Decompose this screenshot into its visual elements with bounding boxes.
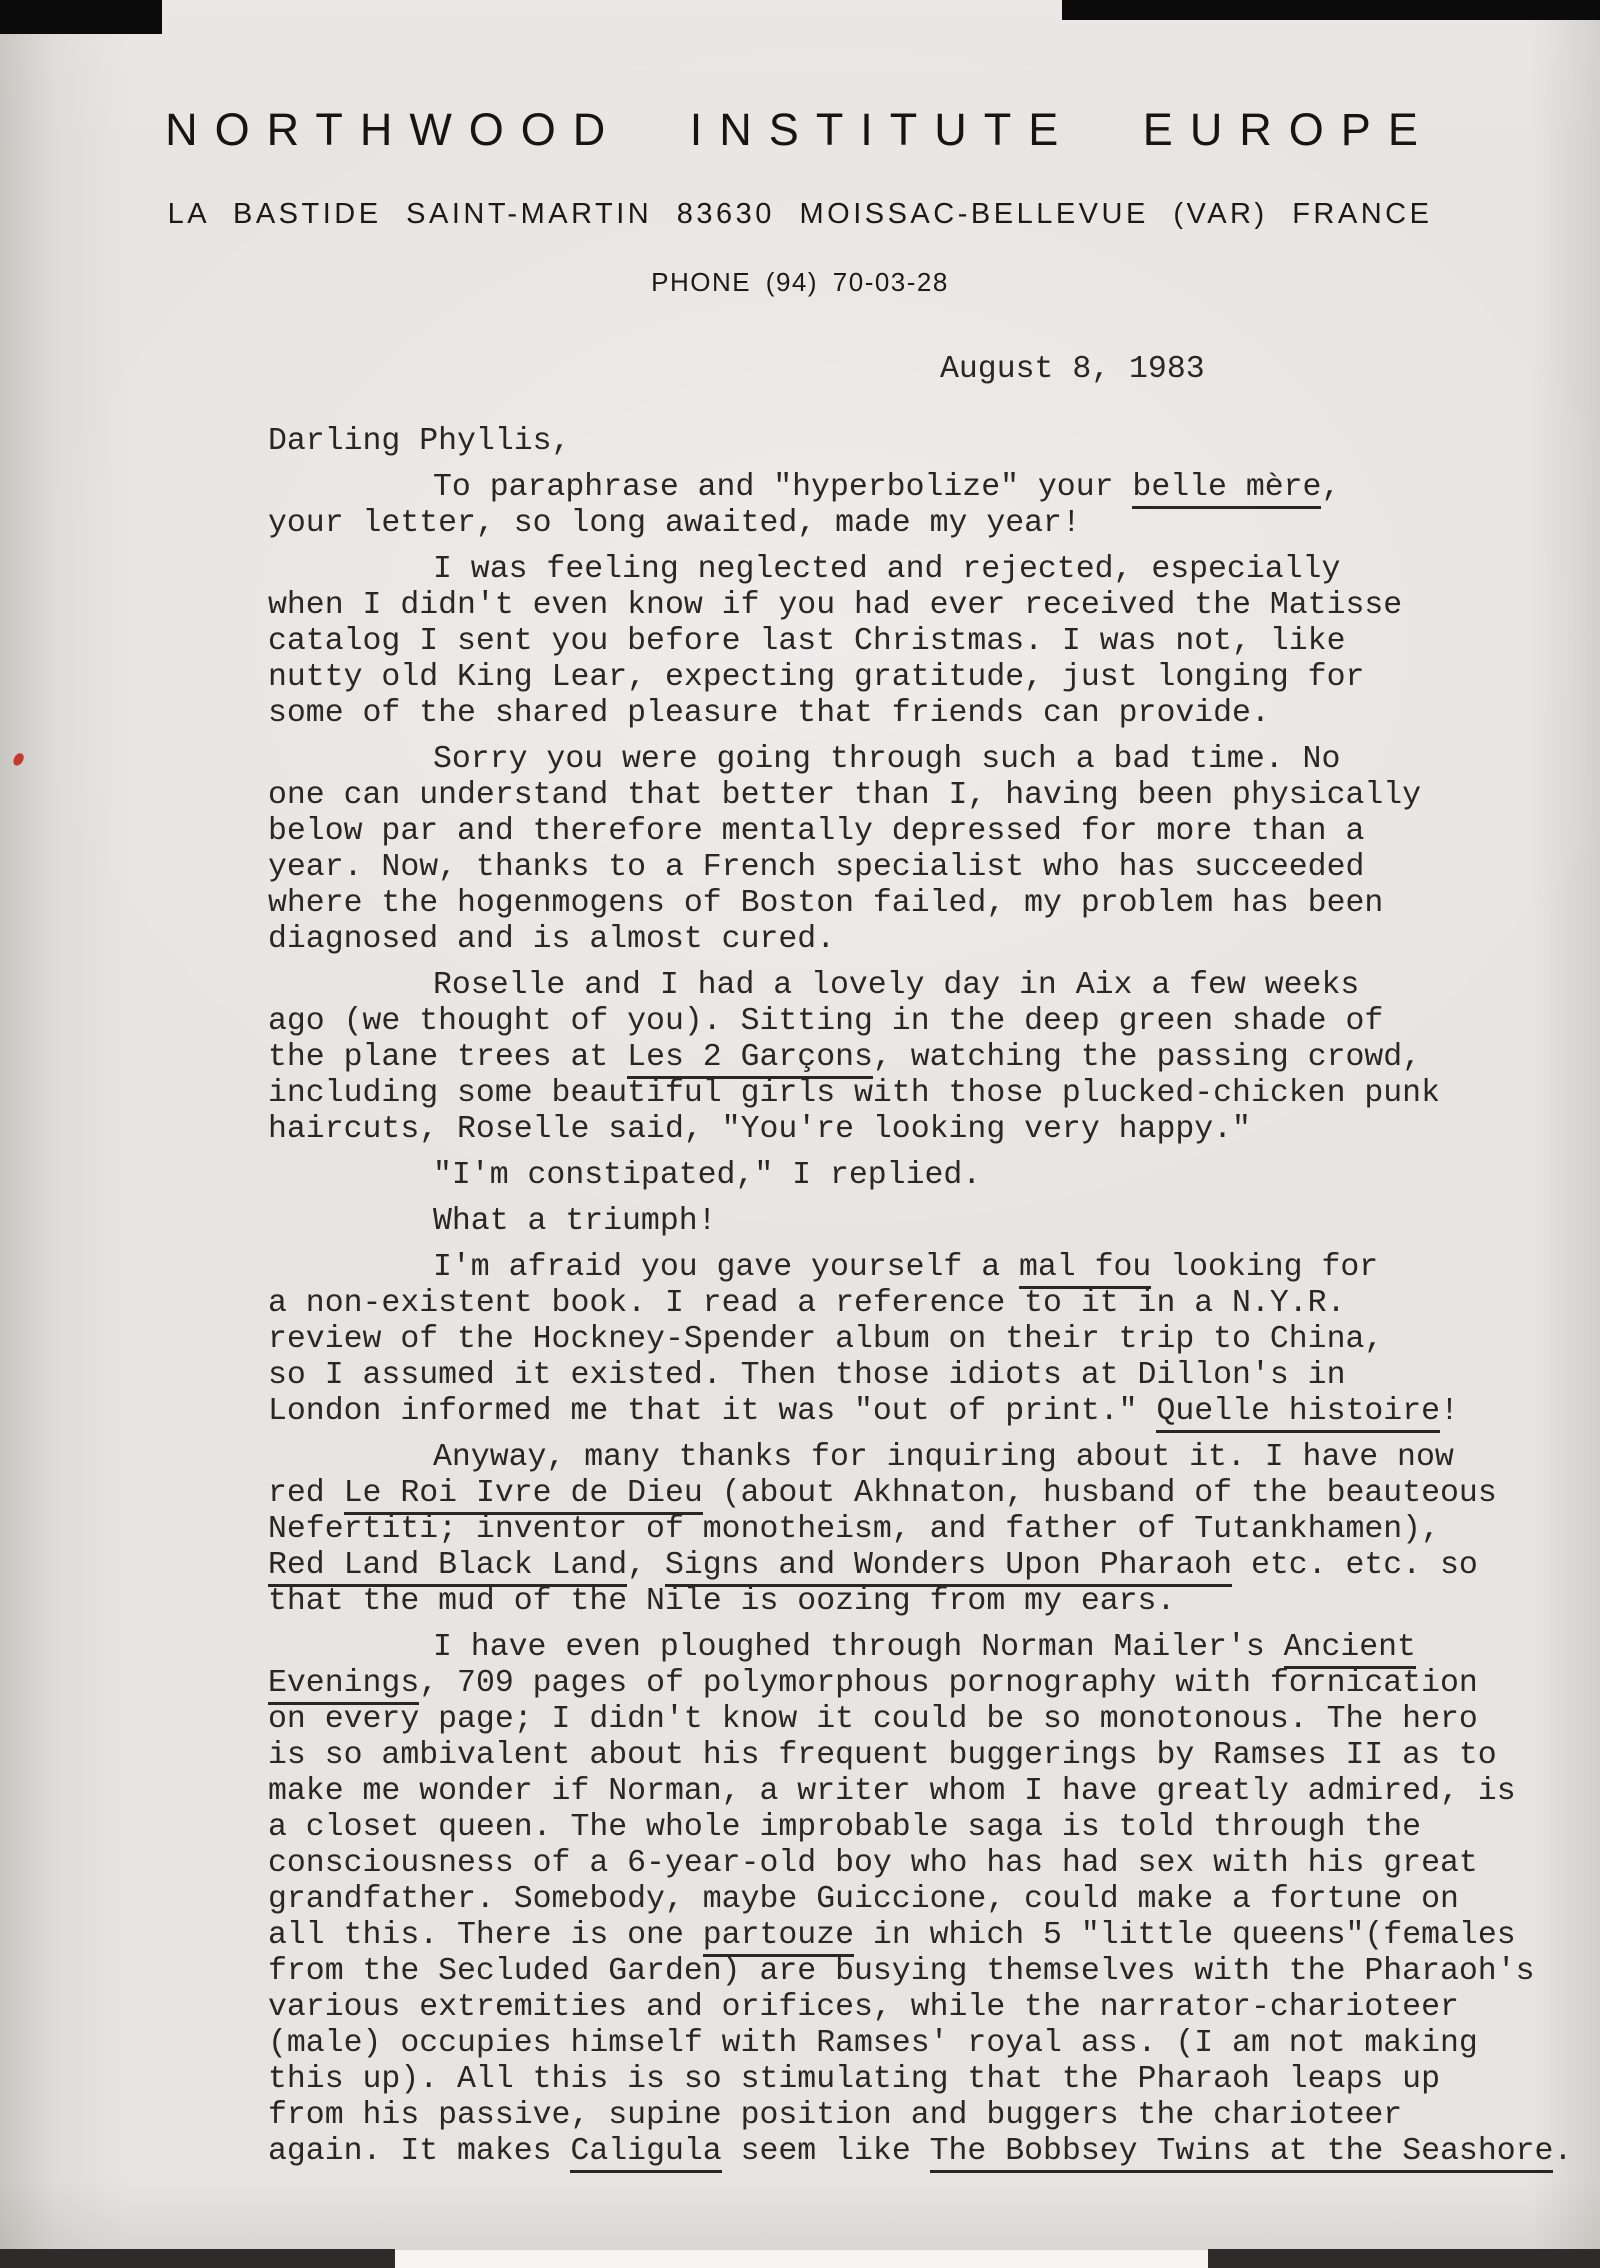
letter-line: including some beautiful girls with thos…	[268, 1076, 1600, 1112]
scanned-letter-page: NORTHWOOD INSTITUTE EUROPE LA BASTIDE SA…	[0, 0, 1600, 2268]
letter-line: when I didn't even know if you had ever …	[268, 588, 1600, 624]
scan-edge-bottom-right	[1208, 2249, 1600, 2268]
letter-line: make me wonder if Norman, a writer whom …	[268, 1774, 1600, 1810]
paragraph: Anyway, many thanks for inquiring about …	[268, 1440, 1600, 1620]
scan-edge-top-right	[1062, 0, 1600, 20]
letter-line: your letter, so long awaited, made my ye…	[268, 506, 1600, 542]
paragraph: Roselle and I had a lovely day in Aix a …	[268, 968, 1600, 1148]
letter-line: grandfather. Somebody, maybe Guiccione, …	[268, 1882, 1600, 1918]
letter-line: catalog I sent you before last Christmas…	[268, 624, 1600, 660]
letter-line: on every page; I didn't know it could be…	[268, 1702, 1600, 1738]
paragraph: I have even ploughed through Norman Mail…	[268, 1630, 1600, 2170]
letter-line: I was feeling neglected and rejected, es…	[268, 552, 1600, 588]
letter-line: haircuts, Roselle said, "You're looking …	[268, 1112, 1600, 1148]
letterhead-organization: NORTHWOOD INSTITUTE EUROPE	[0, 104, 1600, 156]
letter-line: "I'm constipated," I replied.	[268, 1158, 1600, 1194]
letter-line: from his passive, supine position and bu…	[268, 2098, 1600, 2134]
letter-line: all this. There is one partouze in which…	[268, 1918, 1600, 1954]
letter-body: Darling Phyllis, To paraphrase and "hype…	[268, 424, 1600, 2170]
letter-line: the plane trees at Les 2 Garçons, watchi…	[268, 1040, 1600, 1076]
letter-line: I'm afraid you gave yourself a mal fou l…	[268, 1250, 1600, 1286]
letter-line: Roselle and I had a lovely day in Aix a …	[268, 968, 1600, 1004]
scan-edge-top-left	[0, 0, 162, 34]
paragraph: I'm afraid you gave yourself a mal fou l…	[268, 1250, 1600, 1430]
letter-line: so I assumed it existed. Then those idio…	[268, 1358, 1600, 1394]
paragraph: "I'm constipated," I replied.	[268, 1158, 1600, 1194]
letter-line: one can understand that better than I, h…	[268, 778, 1600, 814]
letter-date: August 8, 1983	[940, 352, 1205, 388]
letter-line: I have even ploughed through Norman Mail…	[268, 1630, 1600, 1666]
salutation: Darling Phyllis,	[268, 424, 1600, 460]
letter-line: some of the shared pleasure that friends…	[268, 696, 1600, 732]
letter-line: red Le Roi Ivre de Dieu (about Akhnaton,…	[268, 1476, 1600, 1512]
letter-line: year. Now, thanks to a French specialist…	[268, 850, 1600, 886]
letter-line: from the Secluded Garden) are busying th…	[268, 1954, 1600, 1990]
letter-line: where the hogenmogens of Boston failed, …	[268, 886, 1600, 922]
letter-line: Red Land Black Land, Signs and Wonders U…	[268, 1548, 1600, 1584]
letter-line: Anyway, many thanks for inquiring about …	[268, 1440, 1600, 1476]
letter-line: nutty old King Lear, expecting gratitude…	[268, 660, 1600, 696]
letter-line: What a triumph!	[268, 1204, 1600, 1240]
scan-edge-bottom-left	[0, 2249, 395, 2268]
letter-line: is so ambivalent about his frequent bugg…	[268, 1738, 1600, 1774]
letter-line: Sorry you were going through such a bad …	[268, 742, 1600, 778]
letter-line: London informed me that it was "out of p…	[268, 1394, 1600, 1430]
paragraph: What a triumph!	[268, 1204, 1600, 1240]
letterhead-phone: PHONE (94) 70-03-28	[0, 267, 1600, 298]
letter-line: various extremities and orifices, while …	[268, 1990, 1600, 2026]
letterhead-address: LA BASTIDE SAINT-MARTIN 83630 MOISSAC-BE…	[0, 198, 1600, 231]
letter-line: review of the Hockney-Spender album on t…	[268, 1322, 1600, 1358]
letter-line: Nefertiti; inventor of monotheism, and f…	[268, 1512, 1600, 1548]
paragraph: Sorry you were going through such a bad …	[268, 742, 1600, 958]
paragraph: I was feeling neglected and rejected, es…	[268, 552, 1600, 732]
letter-line: ago (we thought of you). Sitting in the …	[268, 1004, 1600, 1040]
letter-line: Evenings, 709 pages of polymorphous porn…	[268, 1666, 1600, 1702]
letter-line: (male) occupies himself with Ramses' roy…	[268, 2026, 1600, 2062]
letter-line: To paraphrase and "hyperbolize" your bel…	[268, 470, 1600, 506]
letter-line: consciousness of a 6-year-old boy who ha…	[268, 1846, 1600, 1882]
letter-line: that the mud of the Nile is oozing from …	[268, 1584, 1600, 1620]
red-ink-speck	[12, 752, 26, 768]
letter-line: a closet queen. The whole improbable sag…	[268, 1810, 1600, 1846]
letter-line: a non-existent book. I read a reference …	[268, 1286, 1600, 1322]
letter-line: this up). All this is so stimulating tha…	[268, 2062, 1600, 2098]
letter-line: again. It makes Caligula seem like The B…	[268, 2134, 1600, 2170]
letter-line: below par and therefore mentally depress…	[268, 814, 1600, 850]
letter-line: diagnosed and is almost cured.	[268, 922, 1600, 958]
paragraph: To paraphrase and "hyperbolize" your bel…	[268, 470, 1600, 542]
